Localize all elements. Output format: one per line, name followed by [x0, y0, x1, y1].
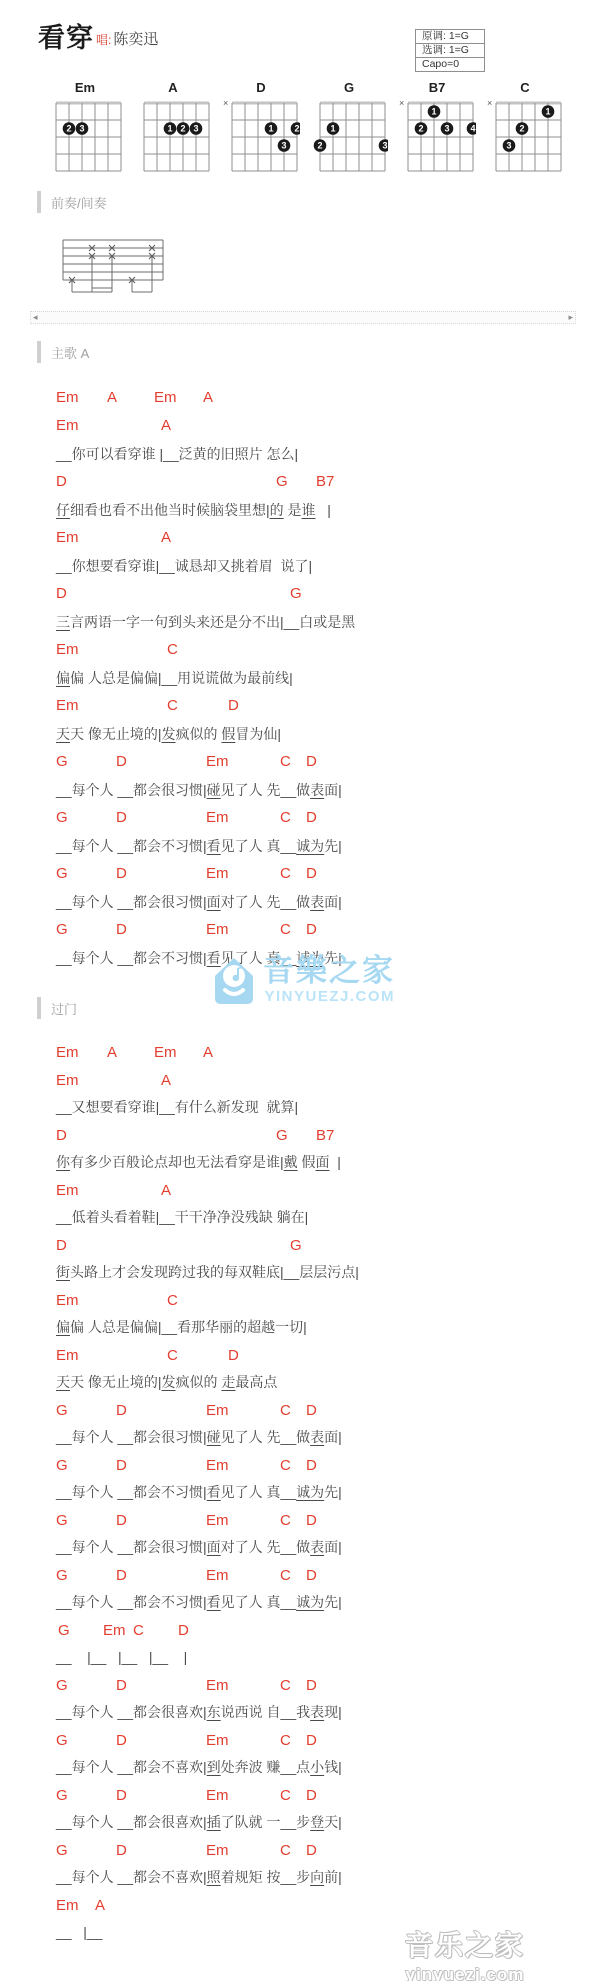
- svg-text:1: 1: [330, 124, 335, 134]
- chord-label: G: [56, 1562, 68, 1590]
- chord-label: C: [280, 1507, 291, 1535]
- lyric-line: 街头路上才会发现跨过我的每双鞋底|__层层污点|: [0, 1259, 606, 1287]
- lyric-segment: 前|: [324, 1869, 342, 1885]
- selected-key: 选调: 1=G: [415, 43, 485, 58]
- lyric-segment: 对了人 先__做: [221, 1539, 310, 1555]
- lyric-segment-underlined: 偏: [56, 1319, 70, 1335]
- chord-label: C: [280, 1727, 291, 1755]
- lyric-segment: __每个人 __都会不喜欢|: [56, 1759, 207, 1775]
- lyric-segment: 先|: [324, 838, 342, 854]
- chord-label: Em: [206, 860, 229, 888]
- chord-line: GDEmCD: [0, 1452, 606, 1480]
- sing-label: 唱:: [96, 33, 111, 47]
- lyric-line: __每个人 __都会很习惯|面对了人 先__做表面|: [0, 1534, 606, 1562]
- chord-line: DG: [0, 580, 606, 608]
- chord-grid-svg: ×123: [222, 97, 300, 175]
- lyric-line: 仔细看也看不出他当时候脑袋里想|的 是谁 |: [0, 496, 606, 524]
- lyric-line: __每个人 __都会很喜欢|插了队就 一__步登天|: [0, 1809, 606, 1837]
- lyric-segment-underlined: 三: [56, 614, 70, 630]
- chord-grid-svg: 123: [134, 97, 212, 175]
- chord-grid-svg: ×1234: [398, 97, 476, 175]
- lyric-segment: __低着头看着鞋|__干干净净没残缺 躺在|: [56, 1209, 308, 1225]
- lyric-segment: 天 像无止境的|: [70, 726, 162, 742]
- lyric-line: 你有多少百般论点却也无法看穿是谁|戴 假面 |: [0, 1149, 606, 1177]
- lyric-line: __每个人 __都会很喜欢|东说西说 自__我表现|: [0, 1699, 606, 1727]
- lyric-segment-underlined: 诚为: [296, 950, 324, 966]
- chord-label: G: [56, 916, 68, 944]
- chord-line: GDEmCD: [0, 1672, 606, 1700]
- chord-label: Em: [206, 1507, 229, 1535]
- chord-label: D: [116, 1452, 127, 1480]
- svg-text:2: 2: [180, 124, 185, 134]
- lyric-segment-underlined: 谁: [302, 502, 316, 518]
- chord-label: A: [107, 384, 117, 412]
- chord-label: G: [56, 1672, 68, 1700]
- lyric-segment-underlined: 的: [270, 502, 284, 518]
- chord-label: D: [306, 1672, 317, 1700]
- lyric-line: 偏偏 人总是偏偏|__看那华丽的超越一切|: [0, 1314, 606, 1342]
- svg-text:1: 1: [268, 124, 273, 134]
- lyric-segment: __每个人 __都会不习惯|: [56, 950, 207, 966]
- chord-label: G: [56, 860, 68, 888]
- chord-label: Em: [206, 1397, 229, 1425]
- chord-label: A: [161, 412, 171, 440]
- lyric-segment-underlined: 诚为: [296, 1594, 324, 1610]
- chord-label: G: [290, 1232, 302, 1260]
- section-heading-text: 过门: [51, 999, 77, 1018]
- lyric-segment-underlined: 表: [310, 782, 324, 798]
- lyric-segment-underlined: 面: [207, 1539, 221, 1555]
- chord-label: Em: [206, 1672, 229, 1700]
- chord-diagram-B7: B7×1234: [398, 80, 476, 180]
- chord-label: Em: [206, 1452, 229, 1480]
- chord-grid-svg: ×123: [486, 97, 564, 175]
- chord-label: D: [116, 748, 127, 776]
- lyric-segment: __每个人 __都会不习惯|: [56, 1594, 207, 1610]
- svg-text:2: 2: [418, 124, 423, 134]
- chord-line: EmA: [0, 1067, 606, 1095]
- watermark-site-url: YINYUEZJ.COM: [263, 988, 395, 1005]
- chord-label: Em: [56, 1287, 79, 1315]
- chord-label: C: [280, 1562, 291, 1590]
- lyric-line: __每个人 __都会很习惯|面对了人 先__做表面|: [0, 888, 606, 916]
- lyric-segment: 见了人 真__: [221, 1594, 296, 1610]
- lyric-line: __你可以看穿谁 |__泛黄的旧照片 怎么|: [0, 440, 606, 468]
- chord-label: C: [280, 860, 291, 888]
- chord-label: Em: [154, 1039, 177, 1067]
- svg-text:2: 2: [519, 124, 524, 134]
- chord-label: G: [56, 1727, 68, 1755]
- chord-label: C: [167, 636, 178, 664]
- chord-label: D: [228, 692, 239, 720]
- chord-label: Em: [56, 1067, 79, 1095]
- lyric-segment-underlined: 向: [310, 1869, 324, 1885]
- verse-lines: EmAEmAEmA__你可以看穿谁 |__泛黄的旧照片 怎么|DGB7仔细看也看…: [0, 384, 606, 972]
- lyric-line: __每个人 __都会很习惯|碰见了人 先__做表面|: [0, 1424, 606, 1452]
- chord-line: GDEmCD: [0, 1837, 606, 1865]
- chord-label: D: [56, 468, 67, 496]
- lyric-segment: 钱|: [324, 1759, 342, 1775]
- lyric-segment: 冒为仙|: [235, 726, 281, 742]
- lyric-segment: 天|: [324, 1814, 342, 1830]
- svg-text:3: 3: [506, 141, 511, 151]
- chord-label: C: [280, 748, 291, 776]
- lyric-segment-underlined: 天: [56, 1374, 70, 1390]
- chord-label: D: [116, 1397, 127, 1425]
- chord-label: D: [306, 1452, 317, 1480]
- chord-label: C: [167, 692, 178, 720]
- lyric-segment: __ |__: [56, 1924, 102, 1940]
- chord-label: D: [306, 748, 317, 776]
- chord-label: D: [306, 804, 317, 832]
- lyric-segment-underlined: 碰: [207, 782, 221, 798]
- chord-label: D: [228, 1342, 239, 1370]
- chord-label: G: [56, 1507, 68, 1535]
- lyric-segment: 偏 人总是偏偏|__用说谎做为最前线|: [70, 670, 293, 686]
- chord-label: G: [56, 804, 68, 832]
- lyric-segment-underlined: 仔: [56, 502, 70, 518]
- chord-line: EmC: [0, 1287, 606, 1315]
- lyric-segment: __每个人 __都会不喜欢|: [56, 1869, 207, 1885]
- lyric-segment: __每个人 __都会很习惯|: [56, 782, 207, 798]
- chord-label: D: [56, 1122, 67, 1150]
- chord-label: Em: [103, 1617, 126, 1645]
- chord-label: G: [290, 580, 302, 608]
- capo-setting: Capo=0: [415, 57, 485, 72]
- svg-text:1: 1: [167, 124, 172, 134]
- lyric-line: 天天 像无止境的|发疯似的 走最高点: [0, 1369, 606, 1397]
- artist-name: 陈奕迅: [113, 31, 158, 48]
- lyric-segment: 见了人 真__: [221, 950, 296, 966]
- chord-label: A: [95, 1892, 105, 1920]
- svg-text:3: 3: [382, 141, 387, 151]
- tab-staff-svg: [56, 234, 176, 300]
- lyric-segment-underlined: 照: [207, 1869, 221, 1885]
- lyric-segment: 有多少百般论点却也无法看穿是谁|: [70, 1154, 284, 1170]
- section-heading-text: 前奏/间奏: [51, 193, 107, 212]
- chord-label: B7: [316, 468, 334, 496]
- chord-label: D: [306, 1507, 317, 1535]
- chord-line: EmC: [0, 636, 606, 664]
- chord-label: Em: [206, 1782, 229, 1810]
- lyric-segment-underlined: 插: [207, 1814, 221, 1830]
- chord-name-label: G: [310, 80, 388, 95]
- chord-label: Em: [154, 384, 177, 412]
- chord-label: Em: [56, 524, 79, 552]
- lyric-segment-underlined: 表: [310, 1429, 324, 1445]
- svg-text:3: 3: [193, 124, 198, 134]
- lyric-segment-underlined: 表: [310, 1704, 324, 1720]
- lyric-segment-underlined: 发: [162, 726, 176, 742]
- chord-label: Em: [206, 1837, 229, 1865]
- section-bar: [37, 341, 41, 363]
- lyric-segment-underlined: 看: [207, 838, 221, 854]
- chord-label: D: [306, 1782, 317, 1810]
- chord-name-label: B7: [398, 80, 476, 95]
- lyric-segment-underlined: 诚为: [296, 1484, 324, 1500]
- lyric-segment-underlined: 面: [207, 894, 221, 910]
- chord-name-label: Em: [46, 80, 124, 95]
- lyric-segment: __ |__ |__ |__ |: [56, 1649, 187, 1665]
- bottom-watermark-site-url: yinyuezj.com: [405, 1965, 525, 1981]
- chord-label: Em: [56, 412, 79, 440]
- lyric-segment-underlined: 表: [310, 1539, 324, 1555]
- section-heading-intro: 前奏/间奏: [37, 191, 107, 213]
- lyric-segment: 疯似的: [176, 1374, 222, 1390]
- chord-line: GDEmCD: [0, 1397, 606, 1425]
- lyric-segment: 见了人 先__做: [221, 782, 310, 798]
- original-key: 原调: 1=G: [415, 29, 485, 44]
- lyric-segment: 偏 人总是偏偏|__看那华丽的超越一切|: [70, 1319, 307, 1335]
- chord-line: EmA: [0, 412, 606, 440]
- lyric-segment: 见了人 真__: [221, 838, 296, 854]
- chord-name-label: C: [486, 80, 564, 95]
- lyric-segment-underlined: 碰: [207, 1429, 221, 1445]
- muted-string-x-icon: ×: [399, 98, 404, 108]
- section-heading-verse: 主歌 A: [37, 341, 89, 363]
- lyric-segment-underlined: 登: [310, 1814, 324, 1830]
- chord-label: A: [161, 1177, 171, 1205]
- chord-label: A: [161, 1067, 171, 1095]
- chord-label: A: [161, 524, 171, 552]
- svg-text:3: 3: [444, 124, 449, 134]
- lyric-line: 三言两语一字一句到头来还是分不出|__白或是黑: [0, 608, 606, 636]
- chord-label: D: [116, 916, 127, 944]
- chord-line: GDEmCD: [0, 860, 606, 888]
- chord-grid-svg: 23: [46, 97, 124, 175]
- key-info-table: 原调: 1=G 选调: 1=G Capo=0: [415, 30, 485, 72]
- lyric-line: __每个人 __都会不习惯|看见了人 真__诚为先|: [0, 1589, 606, 1617]
- lyric-segment-underlined: 表: [310, 894, 324, 910]
- lyric-segment: 说西说 自__我: [221, 1704, 310, 1720]
- lyric-segment-underlined: 天: [56, 726, 70, 742]
- page-title: 看穿: [38, 16, 94, 55]
- chord-line: GDEmCD: [0, 1782, 606, 1810]
- chord-label: D: [306, 916, 317, 944]
- chord-label: D: [116, 1837, 127, 1865]
- lyric-line: __ |__: [0, 1919, 606, 1947]
- lyric-segment: 面|: [324, 782, 342, 798]
- svg-text:4: 4: [470, 124, 475, 134]
- chord-label: C: [280, 916, 291, 944]
- lyric-segment: |: [330, 1154, 341, 1170]
- chord-label: D: [116, 1782, 127, 1810]
- lyric-segment: 对了人 先__做: [221, 894, 310, 910]
- lyric-line: 偏偏 人总是偏偏|__用说谎做为最前线|: [0, 664, 606, 692]
- chord-diagram-Em: Em23: [46, 80, 124, 180]
- lyric-segment-underlined: 你: [56, 1154, 70, 1170]
- chord-label: C: [167, 1287, 178, 1315]
- lyric-line: __每个人 __都会不喜欢|照着规矩 按__步向前|: [0, 1864, 606, 1892]
- chord-diagram-D: D×123: [222, 80, 300, 180]
- chord-label: Em: [56, 1892, 79, 1920]
- chord-line: DG: [0, 1232, 606, 1260]
- chord-line: GDEmCD: [0, 916, 606, 944]
- chord-label: G: [56, 1837, 68, 1865]
- lyric-line: __你想要看穿谁|__诚恳却又挑着眉 说了|: [0, 552, 606, 580]
- artist-row: 唱:陈奕迅: [96, 28, 158, 49]
- chord-label: D: [116, 1562, 127, 1590]
- chord-label: C: [280, 1837, 291, 1865]
- lyric-segment: 先|: [324, 1484, 342, 1500]
- chord-line: GDEmCD: [0, 804, 606, 832]
- chord-line: GDEmCD: [0, 1507, 606, 1535]
- lyric-segment: 了队就 一__步: [221, 1814, 310, 1830]
- lyric-segment: 面|: [324, 894, 342, 910]
- lyric-segment-underlined: 看: [207, 1594, 221, 1610]
- intro-tab-diagram: [56, 234, 176, 305]
- chord-label: D: [116, 860, 127, 888]
- svg-text:1: 1: [545, 107, 550, 117]
- lyric-segment: 面|: [324, 1429, 342, 1445]
- chord-label: D: [306, 860, 317, 888]
- section-heading-text: 主歌 A: [51, 343, 89, 362]
- lyric-segment: 见了人 先__做: [221, 1429, 310, 1445]
- chord-line: DGB7: [0, 468, 606, 496]
- chord-label: Em: [206, 916, 229, 944]
- chord-line: EmCD: [0, 1342, 606, 1370]
- section-bar: [37, 191, 41, 213]
- chord-label: D: [116, 1727, 127, 1755]
- chord-line: GDEmCD: [0, 1562, 606, 1590]
- chord-label: D: [306, 1562, 317, 1590]
- lyric-segment: 先|: [324, 950, 342, 966]
- lyric-segment-underlined: 东: [207, 1704, 221, 1720]
- lyric-segment-underlined: 面: [316, 1154, 330, 1170]
- chord-label: G: [58, 1617, 70, 1645]
- lyric-segment: 最高点: [235, 1374, 277, 1390]
- horizontal-scrollbar[interactable]: ◂ ▸: [30, 311, 576, 324]
- chord-label: C: [280, 804, 291, 832]
- lyric-line: 天天 像无止境的|发疯似的 假冒为仙|: [0, 720, 606, 748]
- chord-label: D: [116, 804, 127, 832]
- svg-text:3: 3: [79, 124, 84, 134]
- scrollbar-right-arrow-icon[interactable]: ▸: [568, 312, 573, 323]
- chord-label: D: [116, 1507, 127, 1535]
- chord-line: GDEmCD: [0, 748, 606, 776]
- chord-label: Em: [56, 636, 79, 664]
- lyric-segment: 细看也看不出他当时候脑袋里想|: [70, 502, 270, 518]
- lyric-segment: 是: [284, 502, 302, 518]
- chord-label: D: [56, 580, 67, 608]
- lyric-segment: 面|: [324, 1539, 342, 1555]
- chord-label: C: [280, 1397, 291, 1425]
- chord-label: D: [306, 1837, 317, 1865]
- lyric-line: __每个人 __都会不习惯|看见了人 真__诚为先|: [0, 832, 606, 860]
- bridge-lines: EmAEmAEmA__又想要看穿谁|__有什么新发现 就算|DGB7你有多少百般…: [0, 1039, 606, 1947]
- muted-string-x-icon: ×: [487, 98, 492, 108]
- chord-label: Em: [56, 1039, 79, 1067]
- chord-line: EmA: [0, 524, 606, 552]
- section-bar: [37, 997, 41, 1019]
- svg-text:2: 2: [317, 141, 322, 151]
- chord-line: EmCD: [0, 692, 606, 720]
- lyric-segment: 言两语一字一句到头来还是分不出|__白或是黑: [70, 614, 355, 630]
- lyric-segment: 天 像无止境的|: [70, 1374, 162, 1390]
- muted-string-x-icon: ×: [223, 98, 228, 108]
- chord-label: Em: [206, 748, 229, 776]
- lyric-segment: |: [316, 502, 331, 518]
- chord-label: Em: [56, 692, 79, 720]
- lyric-line: __每个人 __都会不习惯|看见了人 真__诚为先|: [0, 944, 606, 972]
- chord-label: G: [56, 1452, 68, 1480]
- svg-text:2: 2: [294, 124, 299, 134]
- chord-label: G: [56, 1782, 68, 1810]
- lyric-segment: 现|: [324, 1704, 342, 1720]
- lyric-segment-underlined: 戴: [284, 1154, 298, 1170]
- chord-label: Em: [206, 804, 229, 832]
- lyric-line: __低着头看着鞋|__干干净净没残缺 躺在|: [0, 1204, 606, 1232]
- chord-line: EmA: [0, 1177, 606, 1205]
- chord-label: B7: [316, 1122, 334, 1150]
- lyric-segment: __每个人 __都会很喜欢|: [56, 1704, 207, 1720]
- chord-line: EmAEmA: [0, 1039, 606, 1067]
- chord-label: Em: [206, 1562, 229, 1590]
- chord-label: D: [116, 1672, 127, 1700]
- lyric-segment-underlined: 街: [56, 1264, 70, 1280]
- lyric-segment-underlined: 看: [207, 950, 221, 966]
- chord-label: A: [203, 1039, 213, 1067]
- chord-line: EmA: [0, 1892, 606, 1920]
- chord-label: G: [276, 1122, 288, 1150]
- lyric-segment: __每个人 __都会很习惯|: [56, 1429, 207, 1445]
- lyric-line: __又想要看穿谁|__有什么新发现 就算|: [0, 1094, 606, 1122]
- chord-label: A: [203, 384, 213, 412]
- chord-label: C: [280, 1452, 291, 1480]
- chord-label: Em: [206, 1727, 229, 1755]
- lyric-segment: 疯似的: [176, 726, 222, 742]
- lyric-segment: __每个人 __都会很习惯|: [56, 1539, 207, 1555]
- svg-text:2: 2: [66, 124, 71, 134]
- chord-diagram-G: G123: [310, 80, 388, 180]
- chord-line: GDEmCD: [0, 1727, 606, 1755]
- chord-line: EmAEmA: [0, 384, 606, 412]
- chord-label: Em: [56, 384, 79, 412]
- chord-label: C: [133, 1617, 144, 1645]
- lyric-segment-underlined: 到: [207, 1759, 221, 1775]
- lyric-segment-underlined: 走: [221, 1374, 235, 1390]
- chord-line: GEmCD: [0, 1617, 606, 1645]
- chord-diagram-A: A123: [134, 80, 212, 180]
- scrollbar-left-arrow-icon[interactable]: ◂: [33, 312, 38, 323]
- chord-grid-svg: 123: [310, 97, 388, 175]
- chord-label: Em: [56, 1177, 79, 1205]
- chord-label: G: [276, 468, 288, 496]
- chord-label: A: [107, 1039, 117, 1067]
- lyric-line: __每个人 __都会很习惯|碰见了人 先__做表面|: [0, 776, 606, 804]
- chord-label: Em: [56, 1342, 79, 1370]
- chord-name-label: A: [134, 80, 212, 95]
- lyric-segment-underlined: 假: [221, 726, 235, 742]
- section-heading-bridge: 过门: [37, 997, 77, 1019]
- chord-diagrams-row: Em23A123D×123G123B7×1234C×123: [46, 80, 564, 180]
- lyric-segment-underlined: 看: [207, 1484, 221, 1500]
- lyric-segment-underlined: 小: [310, 1759, 324, 1775]
- lyric-segment: 见了人 真__: [221, 1484, 296, 1500]
- lyric-segment: __每个人 __都会很喜欢|: [56, 1814, 207, 1830]
- chord-label: G: [56, 748, 68, 776]
- lyric-segment: __你可以看穿谁 |__泛黄的旧照片 怎么|: [56, 446, 298, 462]
- chord-label: D: [56, 1232, 67, 1260]
- lyric-segment: __又想要看穿谁|__有什么新发现 就算|: [56, 1099, 298, 1115]
- chord-label: C: [280, 1672, 291, 1700]
- lyric-segment: 先|: [324, 1594, 342, 1610]
- lyric-segment: 着规矩 按__步: [221, 1869, 310, 1885]
- lyric-segment: __每个人 __都会不习惯|: [56, 1484, 207, 1500]
- lyric-line: __每个人 __都会不习惯|看见了人 真__诚为先|: [0, 1479, 606, 1507]
- lyric-line: __ |__ |__ |__ |: [0, 1644, 606, 1672]
- chord-diagram-C: C×123: [486, 80, 564, 180]
